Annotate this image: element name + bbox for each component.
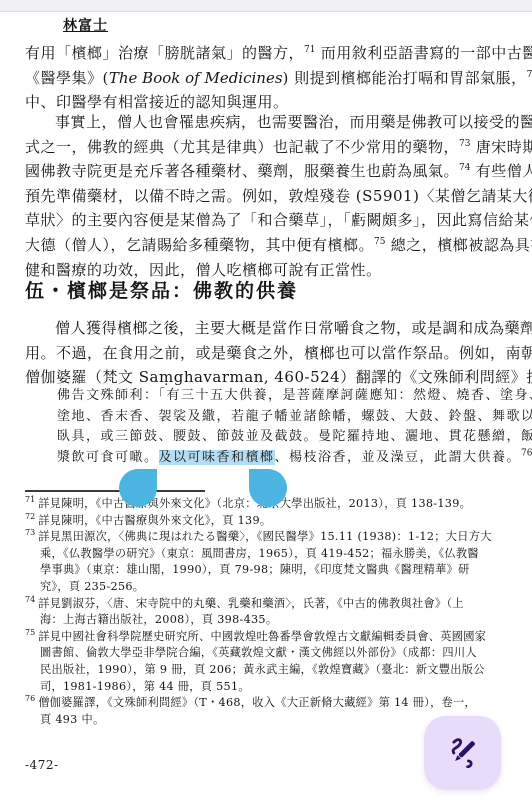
- text-line: 式之一，佛教的經典（尤其是律典）也記載了不少常用的藥物，73 唐宋時期的中: [25, 135, 509, 160]
- footnote-ref-74: 74: [459, 163, 470, 173]
- text-line: 大德（僧人），乞請賜給多種藥物，其中便有檳榔。75 總之，檳榔被認為具有保: [25, 233, 509, 258]
- body-paragraph-3: 僧人獲得檳榔之後，主要大概是當作日常嚼食之物，或是調和成為藥劑使 用。不過，在食…: [25, 316, 509, 390]
- footnote-ref-75: 75: [374, 237, 385, 247]
- footnote-number: 74: [25, 595, 35, 604]
- text-line: 僧人獲得檳榔之後，主要大概是當作日常嚼食之物，或是調和成為藥劑使: [25, 316, 509, 341]
- footnote-number: 73: [25, 528, 35, 537]
- footnote-separator: [25, 490, 205, 492]
- text-line: 事實上，僧人也會罹患疾病，也需要醫治，而用藥是佛教可以接受的醫療方: [25, 110, 509, 135]
- text-line: 預先準備藥材，以備不時之需。例如，敦煌殘卷 (S5901)〈某僧乞請某大德賜藥: [25, 184, 509, 209]
- selection-highlight[interactable]: 及以可味香和檳榔: [159, 450, 275, 465]
- body-paragraph-2: 事實上，僧人也會罹患疾病，也需要醫治，而用藥是佛教可以接受的醫療方 式之一，佛教…: [25, 110, 509, 282]
- body-paragraph-1: 有用「檳榔」治療「膀胱諸氣」的醫方，71 而用敘利亞語書寫的一部中古醫書 《醫學…: [25, 41, 509, 115]
- section-heading: 伍・檳榔是祭品：佛教的供養: [25, 276, 298, 303]
- page-number: -472-: [25, 758, 59, 772]
- footnotes-section: 71詳見陳明，《中古醫療與外來文化》（北京：北京大學出版社，2013），頁 13…: [25, 496, 509, 728]
- footnote-ref-72: 72: [527, 70, 532, 80]
- quote-line: 漿飲可食可噉。及以可味香和檳榔、楊枝浴香，並及澡豆，此謂大供養。76: [57, 448, 507, 469]
- document-viewer: { "colors":{"selection_highlight":"#b3dd…: [0, 0, 532, 800]
- pen-scribble-icon: [443, 733, 483, 773]
- footnote-ref-73: 73: [459, 139, 470, 149]
- footnote: 72詳見陳明，《中古醫療與外來文化》，頁 139。: [25, 513, 509, 530]
- selection-handle-right[interactable]: [249, 469, 287, 507]
- text-line: 草狀〉的主要內容便是某僧為了「和合藥草」，「虧闕頗多」，因此寫信給某位: [25, 208, 509, 233]
- footnote-ref-76: 76: [521, 448, 532, 458]
- footnote: 75詳見中國社會科學院歷史研究所、中國敦煌吐魯番學會敦煌古文獻編輯委員會、英國國…: [25, 629, 509, 695]
- footnote: 73詳見黑田源次，〈佛典に現はれたる醫藥〉，《國民醫學》15.11 (1938)…: [25, 529, 509, 595]
- text-line: 國佛教寺院更是充斥著各種藥材、藥劑，服藥養生也蔚為風氣。74 有些僧人還會: [25, 159, 509, 184]
- text-line: 有用「檳榔」治療「膀胱諸氣」的醫方，71 而用敘利亞語書寫的一部中古醫書: [25, 41, 509, 66]
- quote-line: 臥具，或三節鼓、腰鼓、節鼓並及截鼓。曼陀羅持地、灑地、貫花懸繒，飯水: [57, 427, 507, 448]
- quote-line: 佛告文殊師利：「有三十五大供養，是菩薩摩訶薩應知：然燈、燒香、塗身、: [57, 386, 507, 407]
- text-line: 《醫學集》(The Book of Medicines) 則提到檳榔能治打嗝和胃…: [25, 66, 509, 91]
- author-header: 林富士: [63, 15, 108, 35]
- annotate-fab[interactable]: [424, 716, 501, 790]
- status-bar: [0, 0, 532, 12]
- text-line: 用。不過，在食用之前，或是藥食之外，檳榔也可以當作祭品。例如，南朝梁的: [25, 341, 509, 366]
- footnote: 74詳見劉淑芬，〈唐、宋寺院中的丸藥、乳藥和藥酒〉，氏著，《中古的佛教與社會》（…: [25, 596, 509, 629]
- sutra-quote-block: 佛告文殊師利：「有三十五大供養，是菩薩摩訶薩應知：然燈、燒香、塗身、 塗地、香末…: [57, 386, 507, 468]
- footnote-number: 75: [25, 628, 35, 637]
- quote-line: 塗地、香末香、袈裟及繖，若龍子幡並諸餘幡，螺鼓、大鼓、鈴盤、舞歌以: [57, 407, 507, 428]
- selection-handle-left[interactable]: [119, 469, 157, 507]
- footnote-number: 72: [25, 512, 35, 521]
- book-title-italic: The Book of Medicines: [109, 69, 283, 87]
- footnote-ref-71: 71: [304, 45, 315, 55]
- footnote-number: 76: [25, 694, 35, 703]
- footnote-number: 71: [25, 495, 35, 504]
